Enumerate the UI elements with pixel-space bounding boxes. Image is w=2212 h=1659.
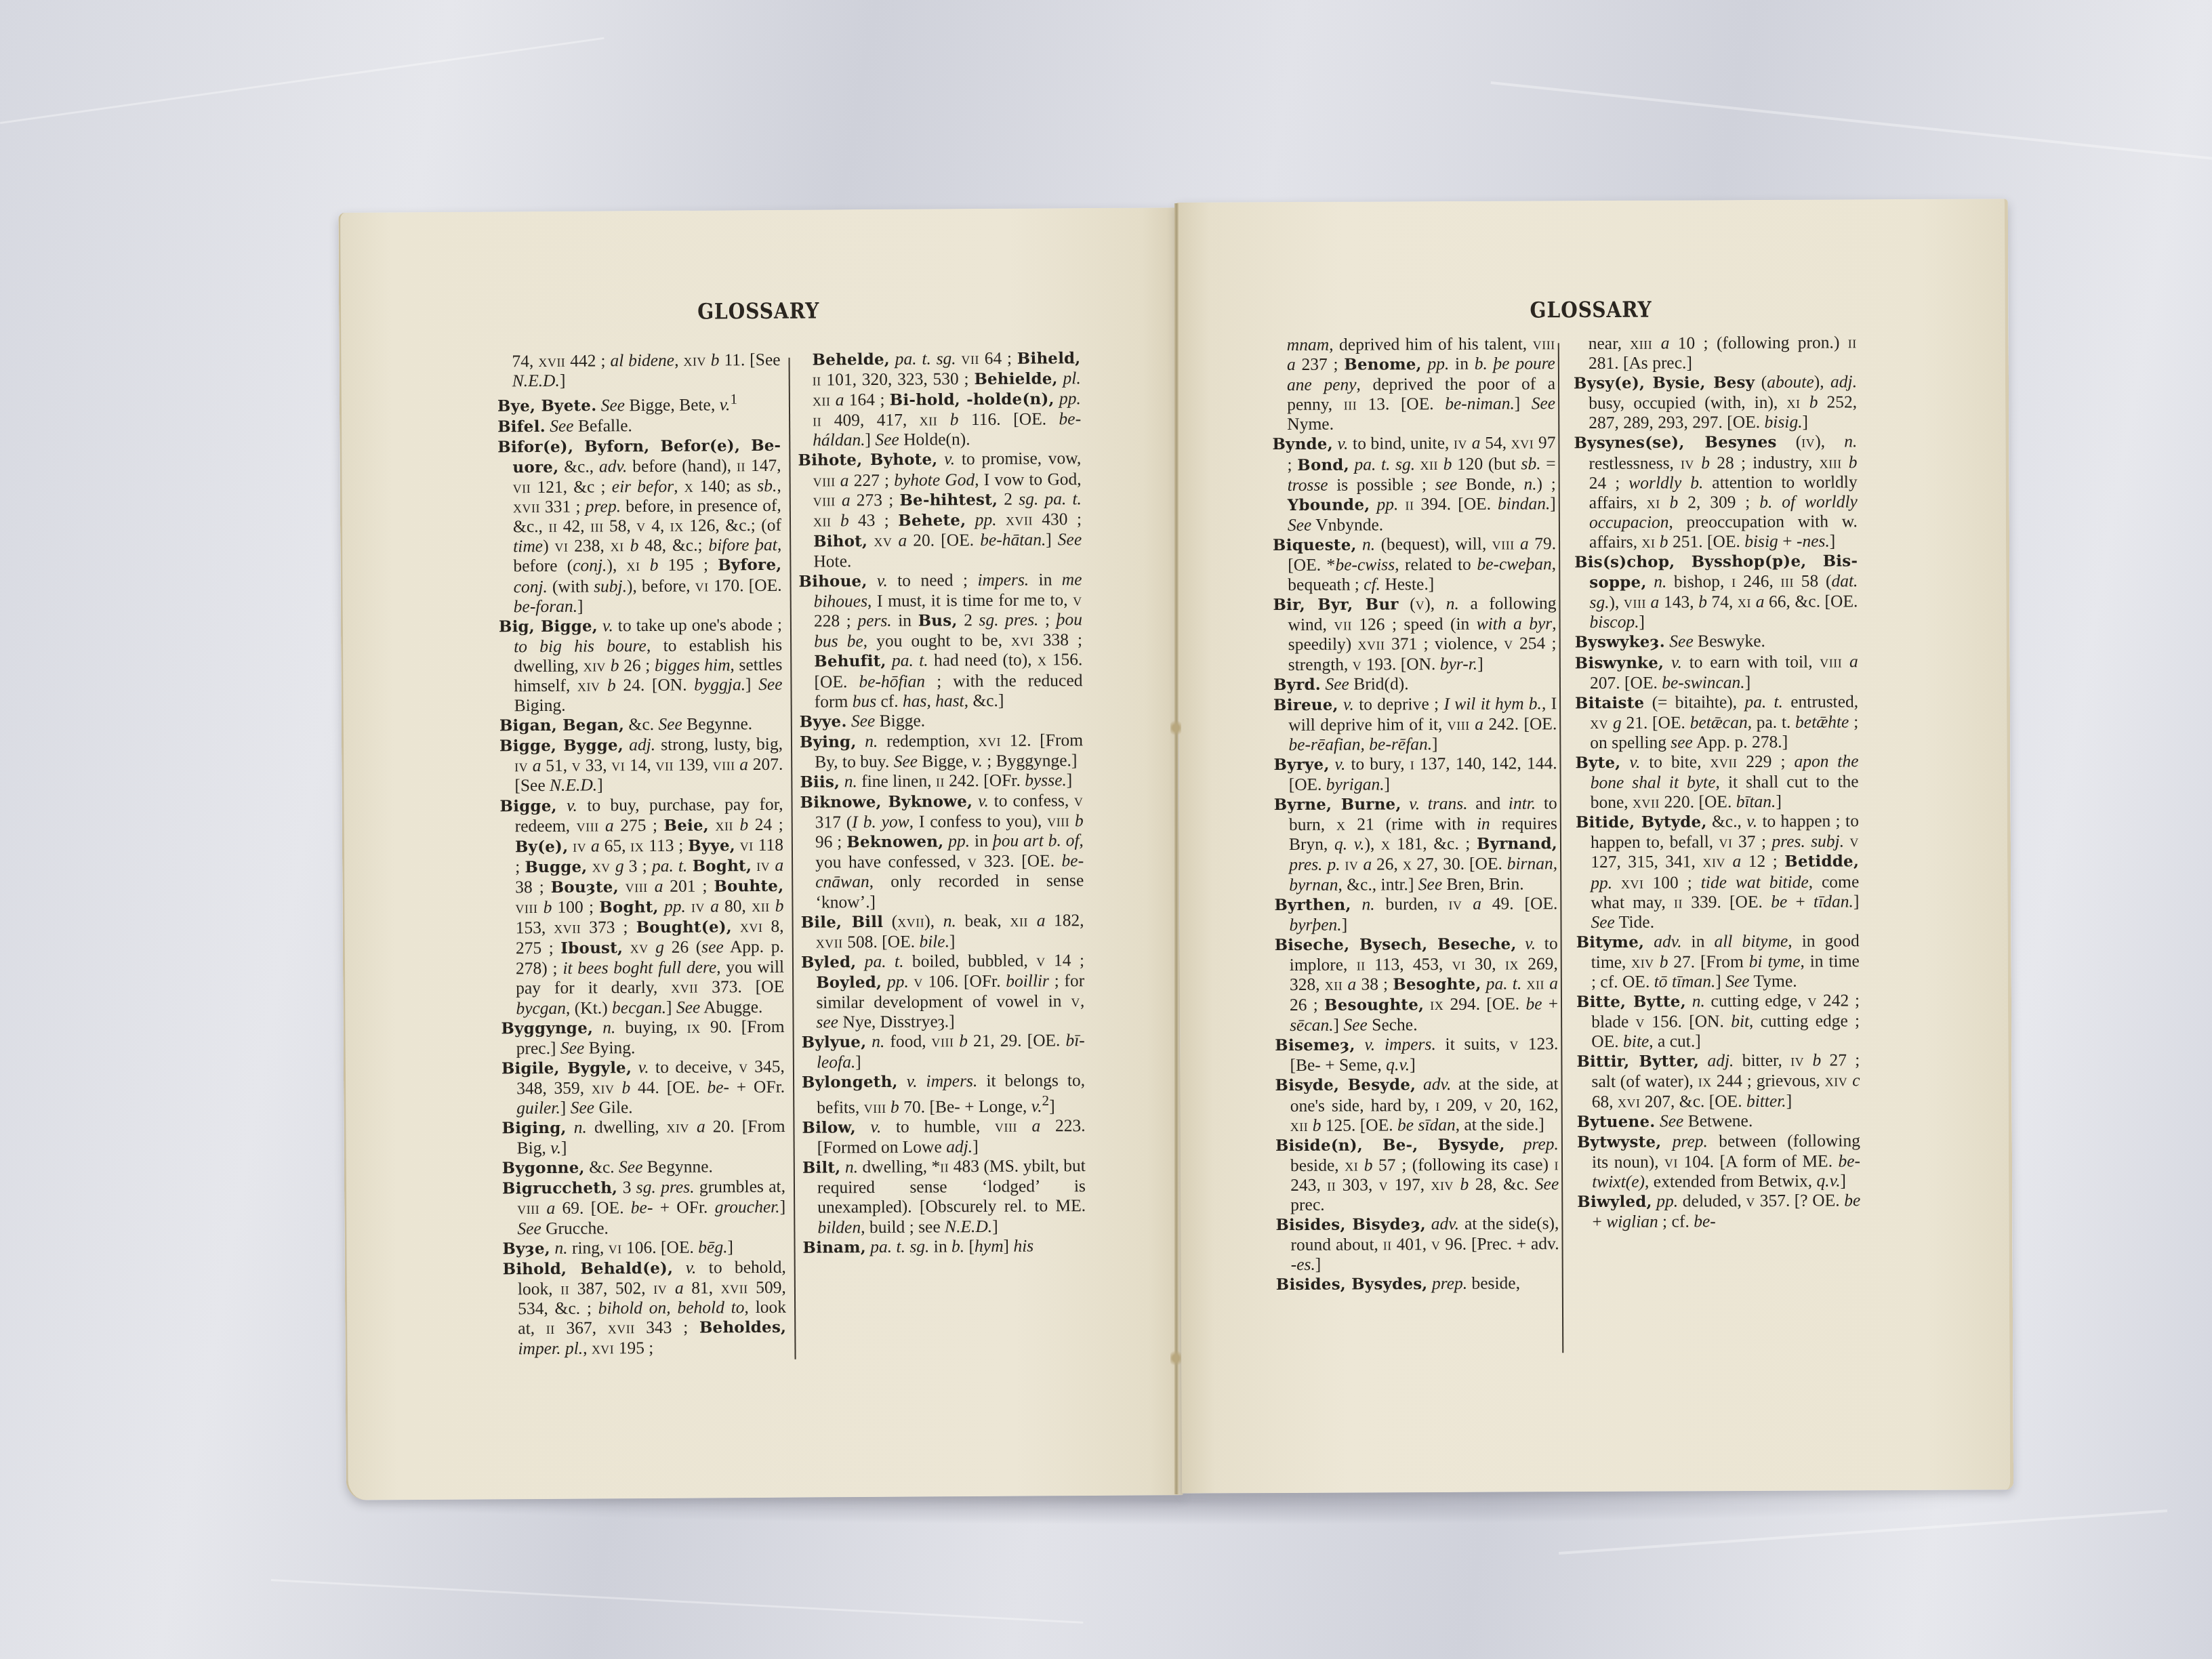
entry-headword: Bireue,	[1273, 695, 1338, 714]
column-rule	[789, 358, 796, 1359]
glossary-entry: Bigile, Bygyle, v. to deceive, v 345, 34…	[501, 1057, 785, 1118]
right-page: GLOSSARY mnam, deprived him of his talen…	[1176, 199, 2013, 1493]
entry-headword: Bigge,	[499, 796, 556, 815]
glossary-entry: Bisides, Bisydeȝ, adv. at the side(s), r…	[1275, 1213, 1559, 1274]
glossary-entry: Bylyue, n. food, viii b 21, 29. [OE. bī-…	[802, 1030, 1085, 1072]
running-head: GLOSSARY	[1227, 295, 1956, 325]
glossary-entry: Byrye, v. to bury, i 137, 140, 142, 144.…	[1273, 753, 1557, 794]
entry-definition: near, xiii a 10 ; (following pron.) ii 2…	[1589, 332, 1857, 373]
glossary-entry: Bifel. See Befalle.	[497, 415, 781, 437]
glossary-entry: Bihold, Behald(e), v. to behold, look, i…	[503, 1257, 787, 1359]
entry-definition: pa. t. boiled, bubbled, v 14 ; Boyled, p…	[816, 950, 1084, 1032]
glossary-entry: Bireue, v. to deprive ; I wil it hym b.,…	[1273, 693, 1557, 754]
glossary-entry: Bye, Byete. See Bigge, Bete, v.1	[497, 389, 781, 416]
entry-definition: n. ring, vi 106. [OE. bēg.]	[554, 1237, 733, 1258]
marble-vein	[271, 1579, 1084, 1624]
glossary-entry: Bifor(e), Byforn, Befor(e), Be-uore, &c.…	[497, 435, 782, 616]
glossary-entry: Bis(s)chop, Bysshop(p)e, Bis-soppe, n. b…	[1574, 550, 1858, 632]
entry-headword: Bisides, Bisydeȝ,	[1275, 1215, 1426, 1234]
glossary-entry: Bihoue, v. to need ; impers. in me bihou…	[798, 569, 1082, 711]
glossary-entry: Biknowe, Byknowe, v. to confess, v 317 (…	[800, 790, 1084, 912]
entry-headword: Bittir, Bytter,	[1576, 1052, 1699, 1071]
glossary-entry: Bitaiste (= bitaihte), pa. t. entrusted,…	[1575, 691, 1858, 752]
marble-vein	[1491, 81, 2212, 162]
entry-definition: prep. beside,	[1432, 1273, 1520, 1294]
entry-definition: mnam, deprived him of his talent, viii a…	[1287, 333, 1556, 434]
glossary-entry: Bisemeȝ, v. impers. it suits, v 123. [Be…	[1275, 1034, 1558, 1076]
entry-definition: v. to bury, i 137, 140, 142, 144. [OE. b…	[1289, 753, 1557, 794]
glossary-entry: Binam, pa. t. sg. in b. [hym] his	[802, 1235, 1086, 1258]
entry-headword: Bytuene.	[1577, 1112, 1656, 1131]
glossary-entry: Bisides, Bysydes, prep. beside,	[1276, 1273, 1559, 1295]
binding-stitch	[1170, 718, 1181, 737]
glossary-entry: Biis, n. fine linen, ii 242. [OFr. bysse…	[800, 770, 1083, 792]
glossary-column: Behelde, pa. t. sg. vii 64 ; Biheld, ii …	[797, 348, 1086, 1257]
entry-headword: Bihoue,	[798, 572, 867, 591]
glossary-entry: Bysynes(se), Besynes (iv), n. restlessne…	[1574, 432, 1858, 552]
entry-headword: Bile, Bill	[801, 913, 884, 932]
entry-headword: Bylongeth,	[802, 1073, 898, 1092]
entry-headword: Bigge, Bygge,	[499, 737, 623, 756]
entry-definition: n. dwelling, *ii 483 (MS. ybilt, but req…	[817, 1155, 1086, 1237]
book-spine	[1174, 203, 1179, 1494]
glossary-entry: Byrthen, n. burden, iv a 49. [OE. byrþen…	[1274, 893, 1557, 935]
entry-headword: Byrye,	[1273, 756, 1329, 774]
glossary-entry: Byte, v. to bite, xvii 229 ; apon the bo…	[1575, 751, 1858, 812]
glossary-column: mnam, deprived him of his talent, viii a…	[1272, 333, 1559, 1294]
glossary-entry: Byggynge, n. buying, ix 90. [From prec.]…	[501, 1016, 784, 1058]
left-page: GLOSSARY 74, xvii 442 ; al bidene, xiv b…	[338, 207, 1183, 1500]
entry-headword: Bityme,	[1576, 933, 1645, 951]
glossary-entry: Big, Bigge, v. to take up one's abode ; …	[499, 615, 783, 716]
glossary-entry: Biside(n), Be-, Bysyde, prep. beside, xi…	[1275, 1134, 1559, 1214]
entry-definition: See Bigge.	[851, 710, 925, 731]
entry-headword: Bygonne,	[502, 1159, 585, 1178]
entry-definition: v. to bite, xvii 229 ; apon the bone sha…	[1591, 751, 1859, 812]
entry-headword: Bisides, Bysydes,	[1276, 1275, 1428, 1294]
glossary-entry: Bityme, adv. in all bityme, in good time…	[1576, 930, 1860, 991]
entry-headword: Biknowe, Byknowe,	[800, 792, 972, 812]
entry-headword: Bysy(e), Bysie, Besy	[1574, 373, 1755, 392]
glossary-column: near, xiii a 10 ; (following pron.) ii 2…	[1574, 332, 1861, 1231]
entry-definition: &c. See Begynne.	[628, 714, 752, 734]
glossary-entry: Bitte, Bytte, n. cutting edge, v 242 ; b…	[1576, 990, 1860, 1051]
glossary-entry: Biswynke, v. to earn with toil, viii a 2…	[1575, 651, 1858, 693]
marble-vein	[0, 37, 605, 124]
glossary-entry: Bitide, Bytyde, &c., v. to happen ; to h…	[1576, 811, 1860, 932]
entry-headword: Byrd.	[1273, 675, 1321, 693]
glossary-entry: Bynde, v. to bind, unite, iv a 54, xvi 9…	[1272, 433, 1556, 535]
entry-headword: Bigruccheth,	[502, 1179, 617, 1198]
entry-definition: Behelde, pa. t. sg. vii 64 ; Biheld, ii …	[812, 348, 1081, 450]
entry-headword: Biis,	[800, 773, 840, 791]
glossary-entry: Bisyde, Besyde, adv. at the side, at one…	[1275, 1074, 1558, 1135]
entry-headword: Bisyde, Besyde,	[1275, 1076, 1416, 1095]
glossary-entry: Bigan, Began, &c. See Begynne.	[499, 714, 783, 736]
glossary-entry: near, xiii a 10 ; (following pron.) ii 2…	[1574, 332, 1857, 373]
glossary-entry: Bile, Bill (xvii), n. beak, xii a 182, x…	[801, 910, 1084, 952]
entry-definition: &c., adv. before (hand), ii 147, vii 121…	[513, 455, 782, 616]
entry-headword: Byled,	[801, 953, 857, 971]
entry-definition: See Beswyke.	[1669, 631, 1765, 651]
entry-headword: Byrne, Burne,	[1274, 795, 1401, 814]
entry-headword: Byswykeȝ.	[1575, 633, 1665, 652]
entry-definition: See Befalle.	[550, 415, 632, 436]
entry-headword: Bigile, Bygyle,	[501, 1059, 632, 1078]
entry-headword: Bysynes(se), Besynes	[1574, 433, 1776, 452]
glossary-entry: Bysy(e), Bysie, Besy (aboute), adj. busy…	[1574, 371, 1857, 432]
entry-headword: Byye.	[800, 712, 847, 731]
glossary-entry: Byswykeȝ. See Beswyke.	[1575, 631, 1858, 653]
glossary-entry: Biseche, Bysech, Beseche, v. to implore,…	[1275, 933, 1559, 1035]
entry-headword: Bitte, Bytte,	[1576, 993, 1686, 1012]
entry-headword: Bihote, Byhote,	[798, 451, 937, 470]
entry-headword: Bitide, Bytyde,	[1576, 813, 1707, 832]
glossary-entry: Behelde, pa. t. sg. vii 64 ; Biheld, ii …	[797, 348, 1081, 450]
glossary-entry: Bygonne, &c. See Begynne.	[502, 1156, 785, 1179]
entry-headword: Bitaiste	[1575, 693, 1644, 712]
entry-headword: Byrthen,	[1274, 895, 1351, 914]
glossary-entry: Byrne, Burne, v. trans. and intr. to bur…	[1274, 793, 1558, 894]
glossary-entry: Byled, pa. t. boiled, bubbled, v 14 ; Bo…	[801, 950, 1085, 1032]
entry-headword: Biging,	[501, 1119, 566, 1138]
entry-headword: Bilt,	[802, 1159, 841, 1177]
entry-definition: 74, xvii 442 ; al bidene, xiv b 11. [See…	[512, 350, 780, 391]
glossary-entry: Biqueste, n. (bequest), will, viii a 79.…	[1273, 533, 1556, 594]
binding-stitch	[1170, 1349, 1181, 1368]
glossary-entry: Bigruccheth, 3 sg. pres. grumbles at, vi…	[502, 1176, 786, 1238]
entry-headword: Biside(n), Be-, Bysyde,	[1275, 1135, 1505, 1154]
glossary-entry: Bylongeth, v. impers. it belongs to, bef…	[802, 1070, 1085, 1117]
entry-headword: Big, Bigge,	[499, 617, 598, 636]
glossary-entry: Bying, n. redemption, xvi 12. [From By, …	[800, 730, 1083, 772]
entry-headword: Bye, Byete.	[497, 396, 597, 415]
glossary-entry: 74, xvii 442 ; al bidene, xiv b 11. [See…	[497, 350, 780, 391]
entry-headword: Biwyled,	[1577, 1193, 1652, 1211]
glossary-entry: mnam, deprived him of his talent, viii a…	[1272, 333, 1556, 434]
glossary-entry: Bytuene. See Betwene.	[1577, 1110, 1860, 1132]
running-head: GLOSSARY	[391, 296, 1126, 327]
entry-headword: Binam,	[802, 1238, 866, 1257]
glossary-entry: Byrd. See Brid(d).	[1273, 673, 1557, 695]
entry-headword: Bifel.	[497, 417, 546, 436]
glossary-entry: Bigge, v. to buy, purchase, pay for, red…	[499, 794, 784, 1018]
entry-headword: Bynde,	[1272, 435, 1333, 453]
glossary-entry: Bihote, Byhote, v. to promise, vow, viii…	[798, 449, 1082, 571]
entry-headword: Biswynke,	[1575, 653, 1664, 672]
entry-definition: pa. t. sg. in b. [hym] his	[870, 1235, 1033, 1256]
entry-headword: Byȝe,	[502, 1240, 550, 1258]
glossary-entry: Byȝe, n. ring, vi 106. [OE. bēg.]	[502, 1236, 785, 1258]
entry-headword: Byte,	[1575, 754, 1620, 772]
glossary-entry: Bilt, n. dwelling, *ii 483 (MS. ybilt, b…	[802, 1155, 1086, 1237]
glossary-entry: Bigge, Bygge, adj. strong, lusty, big, i…	[499, 734, 783, 796]
entry-definition: See Brid(d).	[1325, 674, 1408, 694]
glossary-entry: Bytwyste, prep. between (following its n…	[1577, 1130, 1860, 1191]
entry-headword: Bylyue,	[802, 1033, 867, 1052]
glossary-entry: Bilow, v. to humble, viii a 223. [Formed…	[802, 1115, 1085, 1158]
entry-headword: Bisemeȝ,	[1275, 1036, 1355, 1055]
entry-headword: Bigan, Began,	[499, 716, 624, 735]
glossary-entry: Byye. See Bigge.	[800, 710, 1083, 732]
entry-definition: v. to need ; impers. in me bihoues, I mu…	[814, 569, 1083, 711]
entry-definition: See Betwene.	[1660, 1111, 1753, 1131]
entry-headword: Byggynge,	[501, 1019, 593, 1038]
entry-definition: v. to humble, viii a 223. [Formed on Low…	[817, 1115, 1086, 1158]
glossary-entry: Biging, n. dwelling, xiv a 20. [From Big…	[501, 1116, 785, 1158]
glossary-column: 74, xvii 442 ; al bidene, xiv b 11. [See…	[497, 350, 786, 1359]
entry-definition: See Bigge, Bete, v.1	[601, 394, 738, 415]
entry-headword: Biqueste,	[1273, 535, 1357, 554]
entry-headword: Bir, Byr, Bur	[1273, 595, 1398, 614]
entry-definition: &c. See Begynne.	[589, 1157, 713, 1177]
entry-headword: Bying,	[800, 733, 857, 752]
entry-headword: Biseche, Bysech, Beseche,	[1275, 935, 1517, 954]
entry-headword: Bihold, Behald(e),	[503, 1259, 674, 1279]
entry-definition: v. to buy, purchase, pay for, redeem, vi…	[515, 794, 785, 1017]
entry-headword: Bilow,	[802, 1118, 856, 1136]
entry-definition: n. fine linen, ii 242. [OFr. bysse.]	[844, 770, 1073, 791]
glossary-entry: Biwyled, pp. deluded, v 357. [? OE. be +…	[1577, 1190, 1860, 1231]
glossary-entry: Bir, Byr, Bur (v), n. a following wind, …	[1273, 593, 1557, 674]
glossary-entry: Bittir, Bytter, adj. bitter, iv b 27 ; s…	[1576, 1050, 1860, 1111]
entry-headword: Bytwyste,	[1577, 1132, 1662, 1151]
